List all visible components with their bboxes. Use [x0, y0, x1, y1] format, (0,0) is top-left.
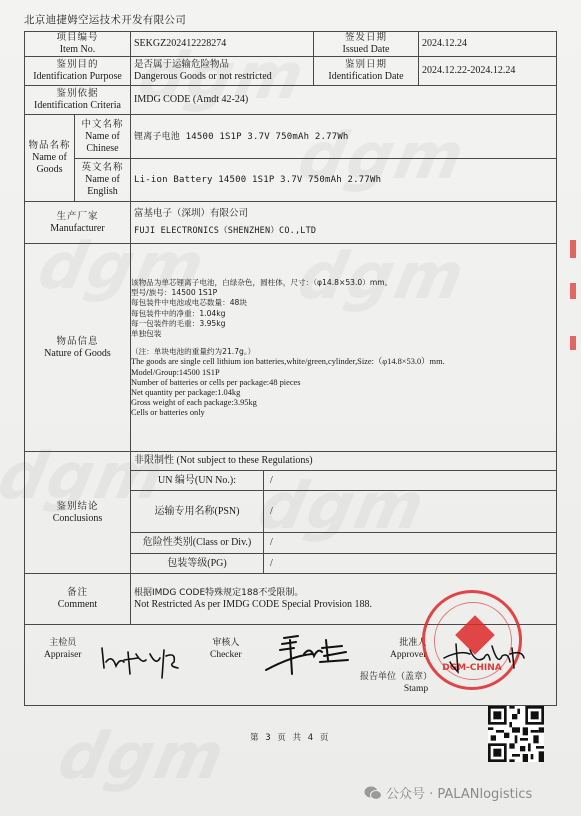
english-name-label: 英文名称 Name of English: [74, 158, 131, 202]
label-zh: 鉴别结论: [56, 501, 98, 513]
nature-line: 单独包装: [131, 329, 445, 339]
un-no-value: /: [263, 470, 557, 491]
chinese-name-label: 中文名称 Name of Chinese: [74, 114, 131, 159]
label-en: Nature of Goods: [44, 348, 111, 360]
purpose-zh: 是否属于运输危险物品: [134, 59, 229, 71]
psn-label: 运输专用名称(PSN): [130, 490, 264, 533]
checker-label: 审核人 Checker: [210, 637, 242, 661]
chinese-name-value: 锂离子电池 14500 1S1P 3.7V 750mAh 2.77Wh: [130, 114, 557, 159]
value: /: [270, 558, 273, 570]
nature-line: Number of batteries or cells per package…: [131, 378, 445, 388]
comment-label: 备注 Comment: [24, 573, 131, 625]
identification-date-label: 鉴别日期 Identification Date: [313, 56, 419, 86]
nature-line: 每一包装件的毛重：3.95kg: [131, 319, 445, 329]
item-no-text: SEKGZ202412228274: [134, 38, 226, 50]
approver-label: 批准人 Approver: [390, 637, 426, 661]
label-en: Identification Purpose: [33, 71, 122, 83]
document-page: dgm dgm dgm dgm dgm dgm dgm 北京迪捷姆空运技术开发有…: [0, 0, 581, 816]
purpose-en: Dangerous Goods or not restricted: [134, 71, 272, 83]
watermark: dgm: [52, 720, 232, 794]
wechat-account-label: 公众号 · PALANlogistics: [364, 783, 532, 802]
label-en: Comment: [58, 599, 97, 611]
comment-zh: 根据IMDG CODE特殊规定188不受限制。: [134, 587, 303, 599]
label-zh: 物品名称: [28, 140, 70, 152]
issued-date-value: 2024.12.24: [418, 31, 557, 57]
label-zh: 鉴别日期: [345, 59, 387, 71]
label-en: Approver: [390, 649, 426, 661]
english-name-text: Li-ion Battery 14500 1S1P 3.7V 750mAh 2.…: [134, 174, 381, 186]
label-en: Conclusions: [53, 513, 102, 525]
identification-date-value: 2024.12.22-2024.12.24: [418, 56, 557, 86]
label-zh: 主检员: [44, 637, 81, 649]
label: UN 编号(UN No.):: [158, 475, 236, 487]
label-en: Identification Criteria: [34, 100, 121, 112]
nature-line: Gross weight of each package:3.95kg: [131, 398, 445, 408]
manufacturer-zh: 富基电子（深圳）有限公司: [134, 208, 248, 220]
label-zh: 签发日期: [345, 32, 387, 44]
label-en: Name of: [85, 174, 120, 186]
label-en: Chinese: [86, 143, 118, 155]
class-label: 危险性类别(Class or Div.): [130, 532, 264, 554]
stamp-label: 报告单位（盖章） Stamp: [360, 671, 432, 695]
conclusion-result: 非限制性 (Not subject to these Regulations): [130, 451, 557, 471]
label-zh: 生产厂家: [56, 211, 98, 223]
manufacturer-label: 生产厂家 Manufacturer: [24, 201, 131, 244]
approver-signature: [440, 636, 530, 676]
nature-line: Cells or batteries only: [131, 408, 445, 418]
psn-value: /: [263, 490, 557, 533]
nature-line: The goods are single cell lithium ion ba…: [131, 357, 445, 367]
nature-label: 物品信息 Nature of Goods: [24, 243, 131, 452]
class-value: /: [263, 532, 557, 554]
label-en: Manufacturer: [50, 223, 104, 235]
nature-line: 每包装件中电池或电芯数量：48块: [131, 298, 445, 308]
label: 危险性类别(Class or Div.): [143, 537, 252, 549]
company-name: 北京迪捷姆空运技术开发有限公司: [24, 12, 186, 27]
nature-line: Net quantity per package:1.04kg: [131, 388, 445, 398]
label-zh: 鉴别依据: [56, 88, 98, 100]
label-en: Checker: [210, 649, 242, 661]
seal-edge-mark: [570, 336, 576, 350]
issued-date-text: 2024.12.24: [422, 38, 467, 50]
un-no-label: UN 编号(UN No.):: [130, 470, 264, 491]
conclusions-label: 鉴别结论 Conclusions: [24, 451, 131, 574]
wechat-label-text: 公众号 · PALANlogistics: [386, 783, 532, 802]
conclusion-result-text: 非限制性 (Not subject to these Regulations): [134, 455, 313, 467]
criteria-text: IMDG CODE (Amdt 42-24): [134, 94, 248, 106]
value: /: [270, 506, 273, 518]
item-no-label: 项目编号 Item No.: [24, 31, 131, 57]
label-zh: 报告单位（盖章）: [360, 671, 432, 683]
seal-edge-mark: [570, 240, 576, 258]
nature-line: 型号/族号：14500 1S1P: [131, 288, 445, 298]
issued-date-label: 签发日期 Issued Date: [313, 31, 419, 57]
criteria-label: 鉴别依据 Identification Criteria: [24, 85, 131, 115]
label-zh: 英文名称: [81, 162, 123, 174]
label-zh: 物品信息: [56, 336, 98, 348]
label-zh: 中文名称: [81, 119, 123, 131]
chinese-name-text: 锂离子电池 14500 1S1P 3.7V 750mAh 2.77Wh: [134, 131, 349, 143]
identification-date-text: 2024.12.22-2024.12.24: [422, 65, 515, 77]
label-zh: 项目编号: [56, 32, 98, 44]
nature-note: （注：单块电池的重量约为21.7g。）: [131, 347, 445, 357]
pg-label: 包装等级(PG): [130, 553, 264, 574]
nature-description: 该物品为单芯锂离子电池，白绿杂色，圆柱体，尺寸：（φ14.8×53.0）mm。 …: [131, 278, 445, 419]
purpose-value: 是否属于运输危险物品 Dangerous Goods or not restri…: [130, 56, 314, 86]
label-en: Goods: [36, 164, 62, 176]
page-indicator: 第 3 页 共 4 页: [250, 731, 330, 743]
seal-edge-mark: [570, 283, 576, 299]
nature-line: 每包装件中的净重：1.04kg: [131, 309, 445, 319]
manufacturer-value: 富基电子（深圳）有限公司 FUJI ELECTRONICS（SHENZHEN）C…: [130, 201, 557, 244]
comment-en: Not Restricted As per IMDG CODE Special …: [134, 599, 372, 611]
label-en: Stamp: [360, 683, 432, 695]
checker-signature: [262, 632, 352, 677]
label-en: Name of: [85, 131, 120, 143]
qr-code-icon: [488, 706, 544, 762]
label-en: Appraiser: [44, 649, 81, 661]
label-zh: 批准人: [390, 637, 426, 649]
value: /: [270, 475, 273, 487]
nature-line: Model/Group:14500 1S1P: [131, 368, 445, 378]
label-en: Name of: [32, 152, 67, 164]
purpose-label: 鉴别目的 Identification Purpose: [24, 56, 131, 86]
label-en: Identification Date: [328, 71, 403, 83]
pg-value: /: [263, 553, 557, 574]
label-en: Issued Date: [343, 44, 390, 56]
english-name-value: Li-ion Battery 14500 1S1P 3.7V 750mAh 2.…: [130, 158, 557, 202]
appraiser-signature: [98, 640, 188, 680]
manufacturer-en: FUJI ELECTRONICS（SHENZHEN）CO.,LTD: [134, 225, 316, 237]
label-zh: 鉴别目的: [56, 59, 98, 71]
label: 包装等级(PG): [167, 558, 226, 570]
value: /: [270, 537, 273, 549]
label-zh: 备注: [67, 587, 88, 599]
label-en: English: [87, 186, 118, 198]
goods-name-label: 物品名称 Name of Goods: [24, 114, 75, 202]
label-zh: 审核人: [210, 637, 242, 649]
item-no-value: SEKGZ202412228274: [130, 31, 314, 57]
label: 运输专用名称(PSN): [154, 506, 239, 518]
wechat-icon: [364, 786, 382, 800]
label-en: Item No.: [60, 44, 96, 56]
nature-line: 该物品为单芯锂离子电池，白绿杂色，圆柱体，尺寸：（φ14.8×53.0）mm。: [131, 278, 445, 288]
criteria-value: IMDG CODE (Amdt 42-24): [130, 85, 557, 115]
appraiser-label: 主检员 Appraiser: [44, 637, 81, 661]
